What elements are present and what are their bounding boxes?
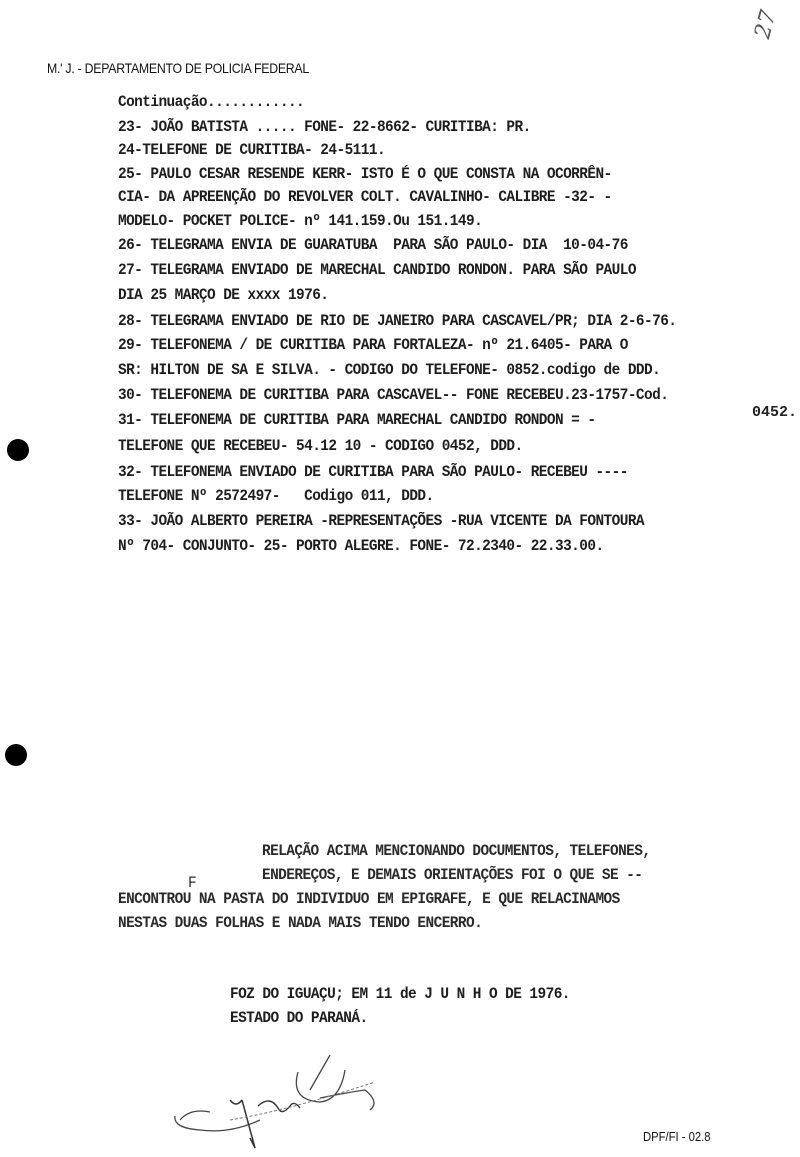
place-date-line: FOZ DO IGUAÇU; EM 11 de J U N H O DE 197… <box>230 985 570 1003</box>
entry-line: TELEFONE QUE RECEBEU- 54.12 10 - CODIGO … <box>118 437 523 455</box>
margin-mark: F <box>188 874 196 892</box>
entry-line: 26- TELEGRAMA ENVIA DE GUARATUBA PARA SÃ… <box>118 236 628 254</box>
entry-line: 25- PAULO CESAR RESENDE KERR- ISTO É O Q… <box>118 165 612 183</box>
entry-line: Nº 704- CONJUNTO- 25- PORTO ALEGRE. FONE… <box>118 537 604 555</box>
agency-header: M.' J. - DEPARTAMENTO DE POLICIA FEDERAL <box>47 60 309 76</box>
entry-line: DIA 25 MARÇO DE xxxx 1976. <box>118 286 328 304</box>
punch-hole <box>5 744 27 766</box>
entry-line: SR: HILTON DE SA E SILVA. - CODIGO DO TE… <box>118 361 660 379</box>
entry-line: MODELO- POCKET POLICE- nº 141.159.Ou 151… <box>118 212 482 230</box>
closing-line: ENDEREÇOS, E DEMAIS ORIENTAÇÕES FOI O QU… <box>262 866 642 884</box>
entry-line: 24-TELEFONE DE CURITIBA- 24-5111. <box>118 141 385 159</box>
form-code: DPF/FI - 02.8 <box>643 1130 711 1144</box>
entry-line: 28- TELEGRAMA ENVIADO DE RIO DE JANEIRO … <box>118 312 676 330</box>
entry-line: 29- TELEFONEMA / DE CURITIBA PARA FORTAL… <box>118 336 628 354</box>
entry-line: CIA- DA APREENÇÃO DO REVOLVER COLT. CAVA… <box>118 188 612 206</box>
continuation-label: Continuação............ <box>118 93 304 111</box>
closing-line: ENCONTROU NA PASTA DO INDIVIDUO EM EPIGR… <box>118 890 620 908</box>
entry-line: TELEFONE Nº 2572497- Codigo 011, DDD. <box>118 487 434 505</box>
signature <box>170 1050 430 1150</box>
closing-line: RELAÇÃO ACIMA MENCIONANDO DOCUMENTOS, TE… <box>262 842 650 860</box>
entry-line: 33- JOÃO ALBERTO PEREIRA -REPRESENTAÇÕES… <box>118 512 644 530</box>
entry-line: 27- TELEGRAMA ENVIADO DE MARECHAL CANDID… <box>118 261 636 279</box>
entry-line: 30- TELEFONEMA DE CURITIBA PARA CASCAVEL… <box>118 386 668 404</box>
entry-line: 23- JOÃO BATISTA ..... FONE- 22-8662- CU… <box>118 118 531 136</box>
entry-line: 31- TELEFONEMA DE CURITIBA PARA MARECHAL… <box>118 411 595 429</box>
entry-line: 32- TELEFONEMA ENVIADO DE CURITIBA PARA … <box>118 463 628 481</box>
state-line: ESTADO DO PARANÁ. <box>230 1009 368 1027</box>
closing-line: NESTAS DUAS FOLHAS E NADA MAIS TENDO ENC… <box>118 914 482 932</box>
page-number: 27 <box>750 8 781 42</box>
entry-30-suffix: 0452. <box>752 404 797 421</box>
punch-hole <box>7 439 29 461</box>
